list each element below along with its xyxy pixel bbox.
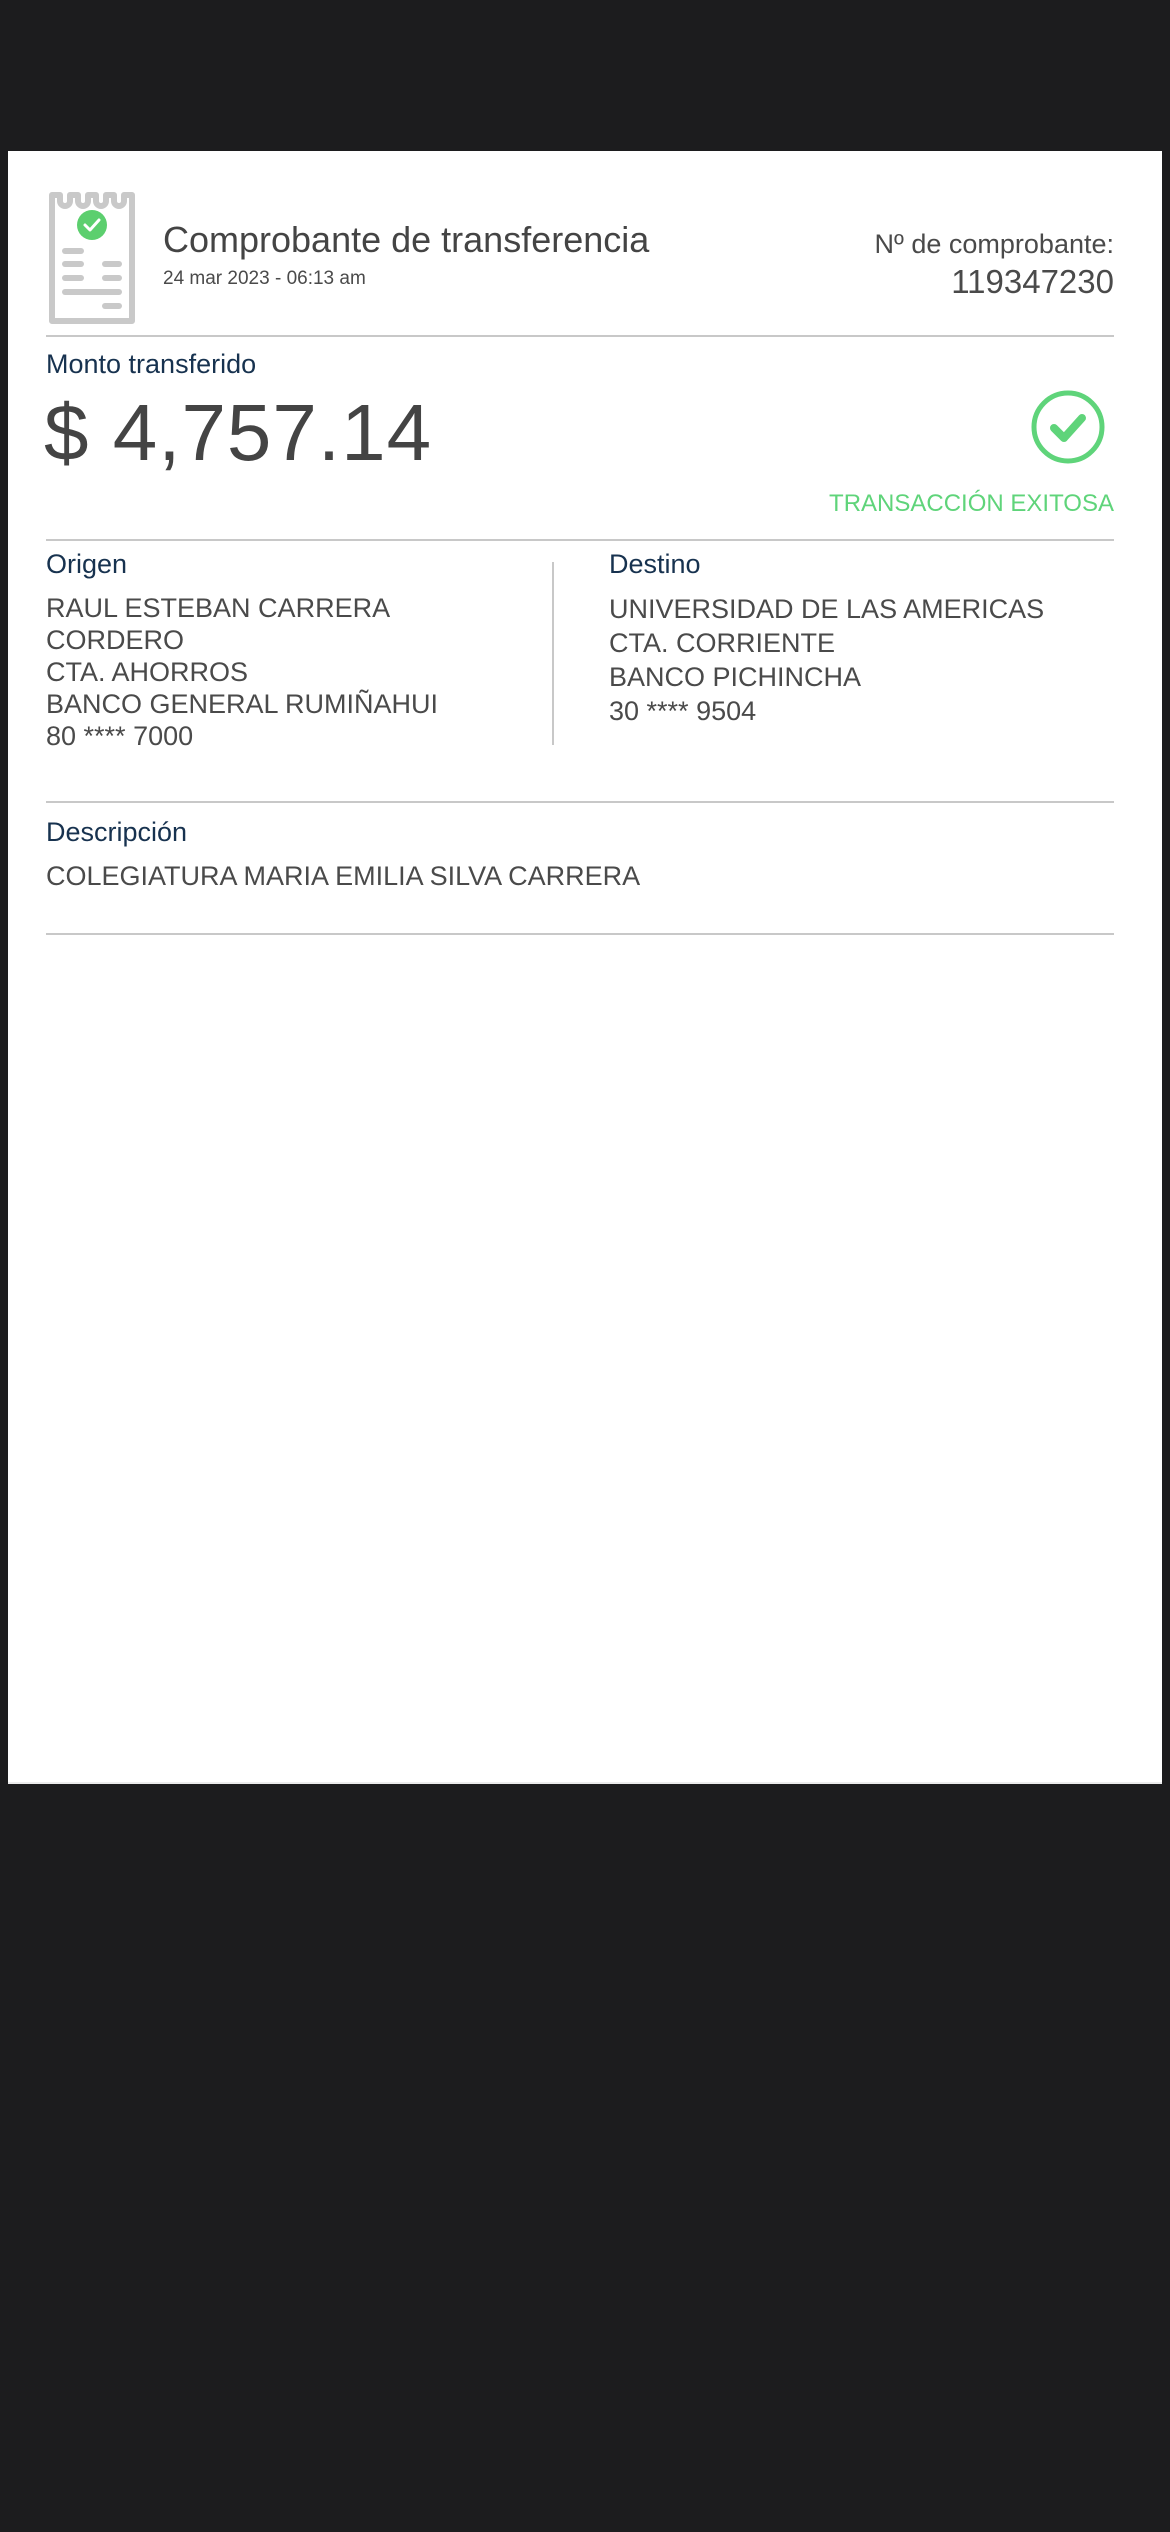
destination-section: Destino UNIVERSIDAD DE LAS AMERICAS CTA.… [609, 549, 1044, 728]
receipt-number-label: Nº de comprobante: [875, 229, 1115, 260]
amount-value: $ 4,757.14 [44, 387, 432, 479]
divider [46, 335, 1114, 337]
column-divider [552, 562, 554, 745]
destination-bank: BANCO PICHINCHA [609, 660, 1044, 694]
divider [46, 933, 1114, 935]
check-circle-icon [1030, 389, 1106, 465]
status-badge: TRANSACCIÓN EXITOSA [829, 490, 1114, 518]
origin-account-number: 80 **** 7000 [46, 720, 438, 752]
origin-account-type: CTA. AHORROS [46, 656, 438, 688]
destination-label: Destino [609, 549, 1044, 580]
destination-name: UNIVERSIDAD DE LAS AMERICAS [609, 592, 1044, 626]
transfer-date: 24 mar 2023 - 06:13 am [163, 268, 366, 290]
divider [46, 539, 1114, 541]
receipt-number: 119347230 [951, 263, 1114, 301]
divider [46, 801, 1114, 803]
description-label: Descripción [46, 817, 187, 848]
origin-section: Origen RAUL ESTEBAN CARRERA CORDERO CTA.… [46, 549, 438, 752]
amount-label: Monto transferido [46, 349, 256, 380]
origin-name-cont: CORDERO [46, 624, 438, 656]
page-title: Comprobante de transferencia [163, 219, 649, 261]
destination-account-type: CTA. CORRIENTE [609, 626, 1044, 660]
origin-label: Origen [46, 549, 438, 580]
origin-name: RAUL ESTEBAN CARRERA [46, 592, 438, 624]
receipt-check-icon [46, 191, 138, 327]
destination-account-number: 30 **** 9504 [609, 694, 1044, 728]
transfer-receipt-card: Comprobante de transferencia 24 mar 2023… [8, 151, 1162, 1784]
origin-bank: BANCO GENERAL RUMIÑAHUI [46, 688, 438, 720]
description-text: COLEGIATURA MARIA EMILIA SILVA CARRERA [46, 861, 640, 892]
